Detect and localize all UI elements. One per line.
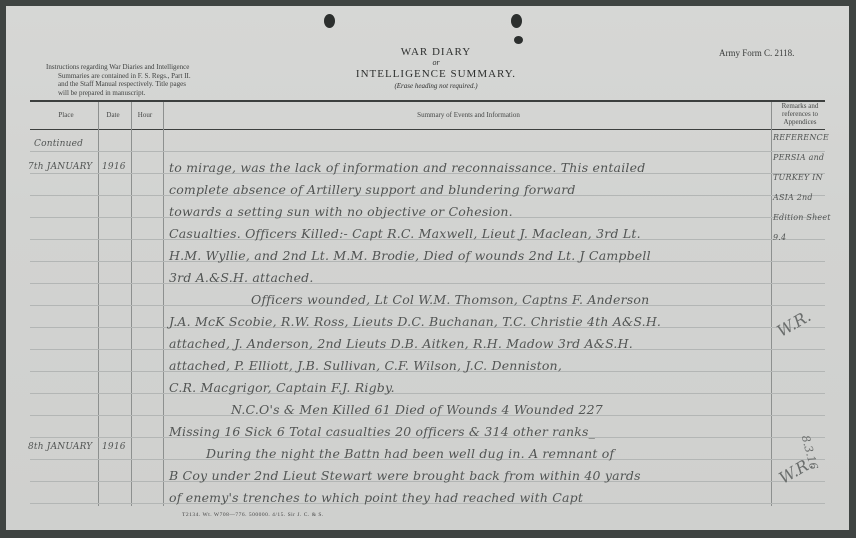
remarks-line: 9.4 [773, 233, 786, 242]
instructions-line: Instructions regarding War Diaries and I… [46, 63, 266, 72]
summary-line: During the night the Battn had been well… [206, 446, 614, 461]
ruled-line [30, 151, 825, 152]
summary-line: J.A. McK Scobie, R.W. Ross, Lieuts D.C. … [169, 314, 661, 329]
entry-year-2: 1916 [102, 442, 126, 452]
punch-hole [324, 14, 335, 28]
war-diary-page: Instructions regarding War Diaries and I… [6, 6, 849, 530]
form-title: WAR DIARY or INTELLIGENCE SUMMARY. (Eras… [306, 46, 566, 90]
instructions-line: will be prepared in manuscript. [46, 89, 266, 98]
remarks-line: PERSIA and [773, 153, 824, 162]
column-header-place: Place [36, 111, 96, 119]
summary-line: to mirage, was the lack of information a… [169, 160, 645, 175]
remarks-line: Edition Sheet [773, 213, 831, 222]
summary-line: H.M. Wyllie, and 2nd Lt. M.M. Brodie, Di… [169, 248, 651, 263]
punch-hole [514, 36, 523, 44]
summary-line: Casualties. Officers Killed:- Capt R.C. … [169, 226, 641, 241]
summary-line: B Coy under 2nd Lieut Stewart were broug… [169, 468, 641, 483]
title-intelligence-summary: INTELLIGENCE SUMMARY. [306, 68, 566, 80]
summary-line: C.R. Macgrigor, Captain F.J. Rigby. [169, 380, 395, 395]
summary-line: attached, J. Anderson, 2nd Lieuts D.B. A… [169, 336, 633, 351]
remarks-header-line: Remarks and [772, 102, 828, 110]
column-header-date: Date [98, 111, 128, 119]
header-rule-bottom [30, 129, 825, 130]
summary-line: Missing 16 Sick 6 Total casualties 20 of… [169, 424, 595, 439]
entry-date-1: 7th JANUARY [28, 162, 92, 172]
column-header-summary: Summary of Events and Information [166, 111, 771, 119]
column-header-remarks: Remarks and references to Appendices [772, 102, 828, 126]
header-rule-top [30, 100, 825, 102]
summary-line: Officers wounded, Lt Col W.M. Thomson, C… [251, 292, 649, 307]
summary-line: N.C.O's & Men Killed 61 Died of Wounds 4… [231, 402, 603, 417]
summary-line: complete absence of Artillery support an… [169, 182, 576, 197]
entry-year-1: 1916 [102, 162, 126, 172]
place-continued: Continued [34, 139, 83, 149]
remarks-header-line: Appendices [772, 118, 828, 126]
column-divider [771, 102, 772, 506]
form-number: Army Form C. 2118. [719, 48, 794, 58]
title-war-diary: WAR DIARY [306, 46, 566, 58]
entry-date-2: 8th JANUARY [28, 442, 92, 452]
ruled-line [30, 393, 825, 394]
instructions-note: Instructions regarding War Diaries and I… [46, 63, 266, 97]
initials-annotation: W.R. [774, 306, 815, 340]
summary-line: 3rd A.&S.H. attached. [169, 270, 314, 285]
remarks-line: REFERENCE [773, 133, 829, 142]
title-or: or [306, 58, 566, 68]
summary-line: attached, P. Elliott, J.B. Sullivan, C.F… [169, 358, 562, 373]
remarks-line: ASIA 2nd [773, 193, 813, 202]
remarks-line: TURKEY IN [773, 173, 823, 182]
column-divider [131, 102, 132, 506]
summary-line: towards a setting sun with no objective … [169, 204, 513, 219]
column-divider [163, 102, 164, 506]
summary-line: of enemy's trenches to which point they … [169, 490, 583, 505]
column-header-hour: Hour [130, 111, 160, 119]
printer-line: T2134. Wt. W708—776. 500000. 4/15. Sir J… [182, 512, 324, 518]
title-note: (Erase heading not required.) [306, 82, 566, 90]
column-divider [98, 102, 99, 506]
punch-hole [511, 14, 522, 28]
ruled-line [30, 283, 825, 284]
remarks-header-line: references to [772, 110, 828, 118]
instructions-line: and the Staff Manual respectively. Title… [46, 80, 266, 89]
instructions-line: Summaries are contained in F. S. Regs., … [46, 72, 266, 81]
